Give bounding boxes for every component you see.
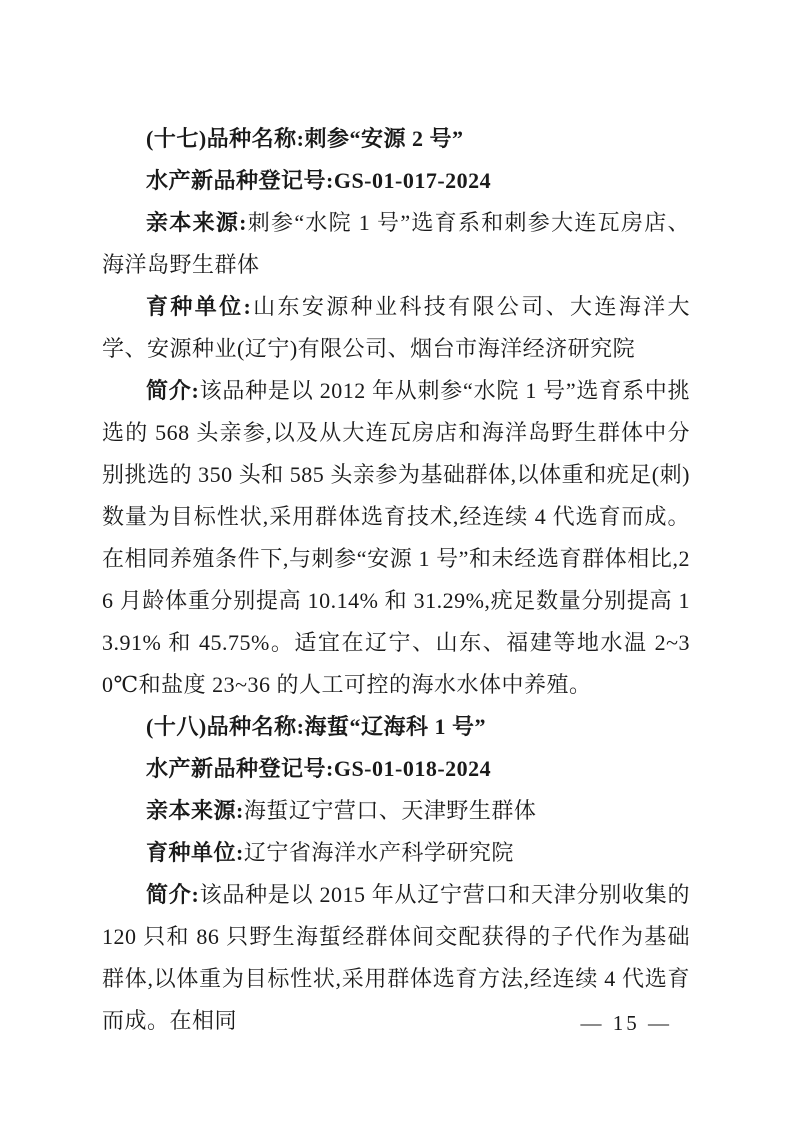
parent-source-value: 海蜇辽宁营口、天津野生群体 (244, 798, 537, 823)
parent-source-line: 亲本来源:海蜇辽宁营口、天津野生群体 (102, 790, 690, 832)
intro-paragraph: 简介:该品种是以 2012 年从刺参“水院 1 号”选育系中挑选的 568 头亲… (102, 370, 690, 706)
variety-section-17: (十七)品种名称:刺参“安源 2 号” 水产新品种登记号:GS-01-017-2… (102, 118, 690, 706)
breeder-label: 育种单位: (146, 294, 251, 319)
variety-heading-name: 刺参“安源 2 号” (304, 126, 463, 151)
variety-heading-label: (十七)品种名称: (146, 126, 304, 151)
variety-heading: (十七)品种名称:刺参“安源 2 号” (102, 118, 690, 160)
registration-line: 水产新品种登记号:GS-01-017-2024 (102, 160, 690, 202)
breeder-line: 育种单位:山东安源种业科技有限公司、大连海洋大学、安源种业(辽宁)有限公司、烟台… (102, 286, 690, 370)
variety-heading-label: (十八)品种名称: (146, 714, 304, 739)
intro-label: 简介: (146, 882, 199, 907)
document-page: (十七)品种名称:刺参“安源 2 号” 水产新品种登记号:GS-01-017-2… (0, 0, 794, 1123)
registration-line: 水产新品种登记号:GS-01-018-2024 (102, 748, 690, 790)
variety-heading-name: 海蜇“辽海科 1 号” (304, 714, 486, 739)
registration-code: GS-01-017-2024 (334, 168, 491, 193)
parent-source-line: 亲本来源:刺参“水院 1 号”选育系和刺参大连瓦房店、海洋岛野生群体 (102, 202, 690, 286)
breeder-label: 育种单位: (146, 840, 244, 865)
parent-source-label: 亲本来源: (146, 798, 244, 823)
intro-text: 该品种是以 2012 年从刺参“水院 1 号”选育系中挑选的 568 头亲参,以… (102, 378, 690, 697)
variety-section-18: (十八)品种名称:海蜇“辽海科 1 号” 水产新品种登记号:GS-01-018-… (102, 706, 690, 1042)
intro-label: 简介: (146, 378, 199, 403)
variety-heading: (十八)品种名称:海蜇“辽海科 1 号” (102, 706, 690, 748)
breeder-value: 辽宁省海洋水产科学研究院 (244, 840, 514, 865)
registration-code: GS-01-018-2024 (334, 756, 491, 781)
page-number: — 15 — (581, 1002, 673, 1044)
registration-label: 水产新品种登记号: (146, 168, 334, 193)
registration-label: 水产新品种登记号: (146, 756, 334, 781)
breeder-line: 育种单位:辽宁省海洋水产科学研究院 (102, 832, 690, 874)
page-number-text: — 15 — (581, 1011, 673, 1035)
parent-source-label: 亲本来源: (146, 210, 247, 235)
